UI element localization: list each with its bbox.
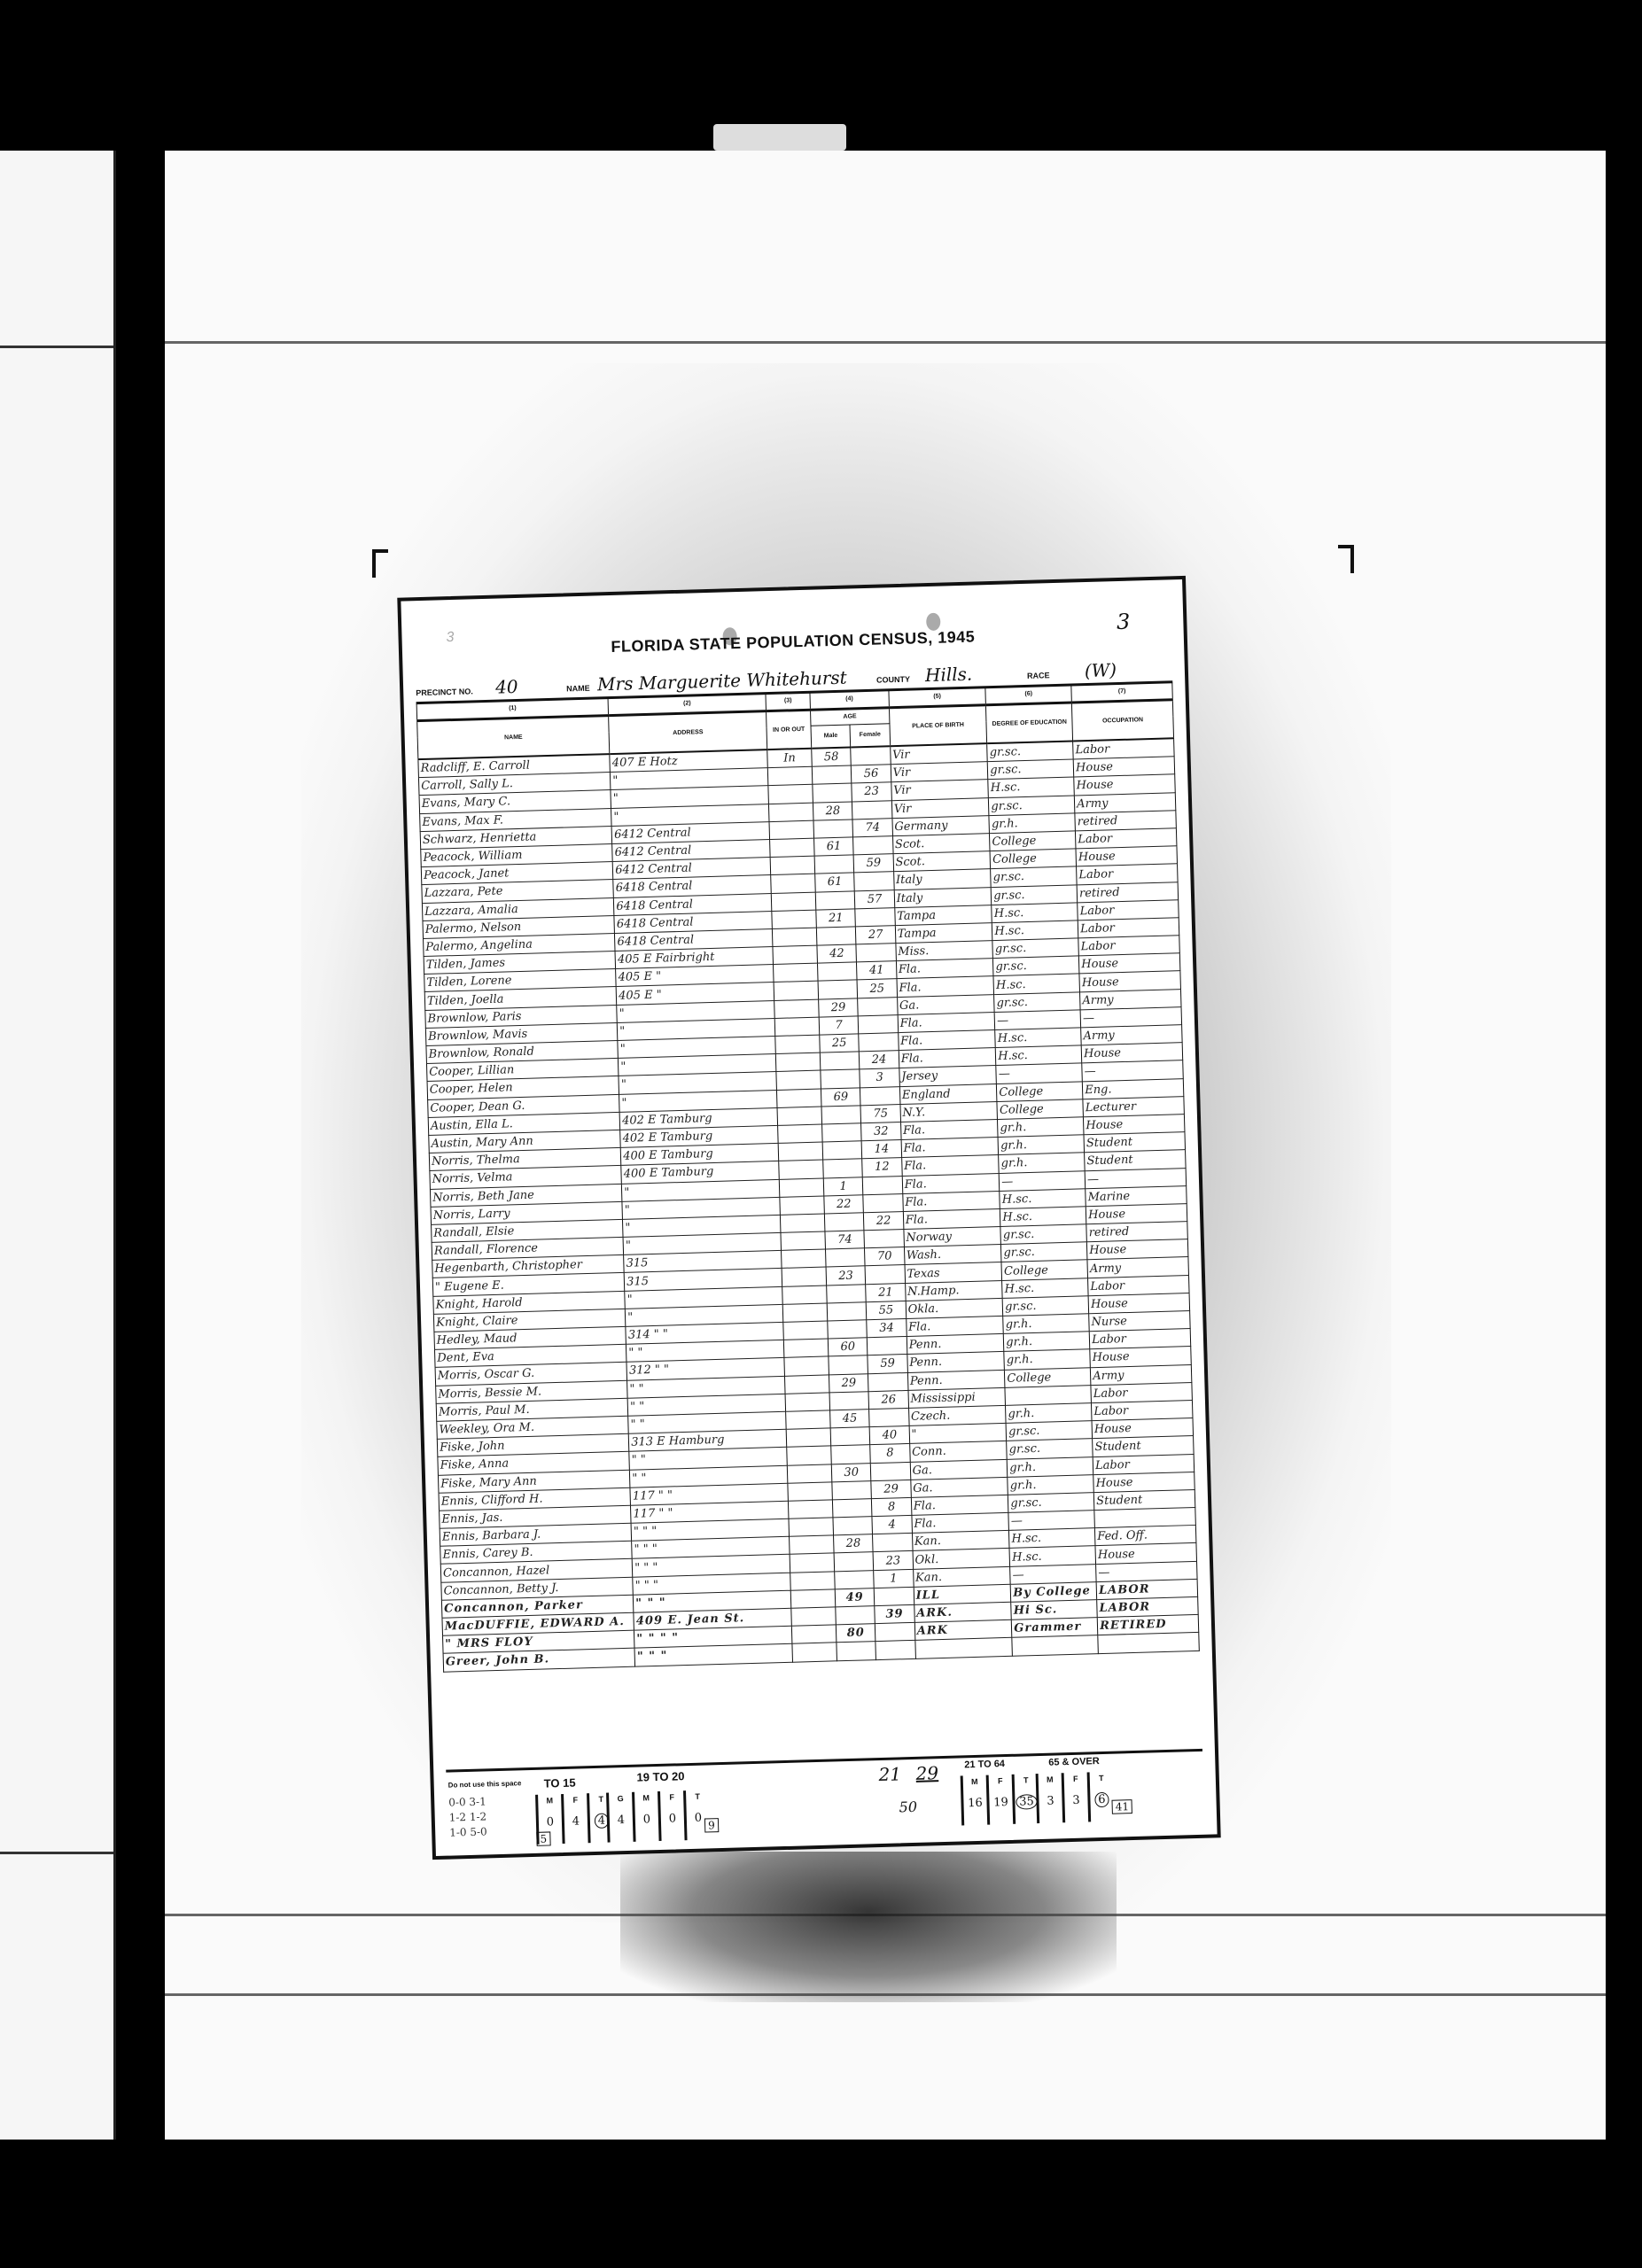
cell-age-male: 23 [826,1266,866,1285]
cell-age-male: 30 [831,1463,871,1481]
cell-in-out [790,1535,834,1555]
cell-education: gr.sc. [1001,1242,1087,1262]
cell-age-female [860,1086,900,1105]
cell-age-male [831,1445,871,1464]
cell-age-male [821,1106,861,1124]
cell-age-male: 22 [824,1194,864,1213]
cell-age-male: 28 [813,802,852,820]
col-header-female: Female [850,724,890,748]
cell-age-male: 28 [834,1534,874,1553]
census-table: (1) (2) (3) (4) (5) (6) (7) NAME ADDRESS… [416,682,1200,1672]
cell-age-female [858,997,898,1015]
cell-age-female [875,1587,914,1605]
cell-education: gr.sc. [1008,1493,1094,1513]
cell-age-male [813,783,852,802]
page-number: 3 [1117,610,1131,634]
cell-age-male [823,1159,863,1177]
group-label-19-20: 19 TO 20 [636,1769,684,1784]
precinct-label: PRECINCT NO. [416,687,473,697]
cell-education: gr.sc. [987,741,1073,761]
cell-education: College [990,831,1076,851]
cell-age-male [833,1517,873,1535]
cell-in-out [778,1142,822,1161]
cell-age-male: 69 [821,1087,860,1106]
cell-address: " " " [634,1644,792,1666]
cell-in-out [787,1464,831,1483]
cell-age-male: 42 [817,944,857,963]
cell-age-male [830,1427,870,1446]
col-header-in-out: IN OR OUT [767,710,812,750]
adjacent-page-left [0,151,116,2140]
cell-age-female: 41 [857,961,897,980]
cell-in-out [783,1321,828,1340]
cell-education: H.sc. [993,974,1079,994]
county-label: COUNTY [876,675,910,685]
col-num: (3) [766,693,810,711]
cell-education: College [1001,1260,1087,1280]
cell-education: H.sc. [992,920,1078,941]
cell-in-out [781,1214,825,1233]
cell-in-out [785,1393,829,1412]
cell-education: H.sc. [996,1045,1082,1066]
cell-education: gr.sc. [1000,1224,1086,1245]
cell-age-female [863,1176,903,1194]
enumerator-name: Mrs Marguerite Whitehurst [597,667,847,695]
binder-clip [713,124,846,151]
cell-place-of-birth [915,1638,1013,1658]
cell-age-female: 55 [867,1301,907,1319]
cell-education: Hi Sc. [1011,1600,1097,1620]
col-header-occupation: OCCUPATION [1072,700,1174,742]
cell-age-female: 22 [864,1211,904,1230]
cell-age-female: 39 [875,1604,914,1623]
cell-in-out [785,1375,829,1394]
cell-education: — [1010,1564,1096,1584]
cell-education: gr.sc. [994,991,1080,1012]
cell-age-male [814,855,854,874]
cell-age-male [813,819,853,838]
cell-education: gr.h. [1008,1474,1093,1495]
group-cells-21-64: M16 F19 T35 [961,1774,1039,1825]
cell-age-female: 21 [866,1283,906,1301]
cell-age-male [828,1320,868,1339]
box-19-20: 9 [704,1818,719,1832]
cell-education: H.sc. [1009,1546,1095,1566]
cell-education: gr.h. [1003,1314,1089,1334]
cell-education: gr.h. [989,813,1075,834]
cell-in-out [770,838,814,858]
cell-age-female [856,944,896,962]
cell-age-female: 23 [873,1551,913,1570]
cell-age-female [854,872,894,890]
cell-age-male [832,1480,872,1499]
cell-age-male [812,765,852,784]
cell-in-out [787,1446,831,1465]
cell-education: By College [1010,1581,1096,1602]
cell-education: H.sc. [992,903,1078,923]
cell-age-male: 25 [820,1034,860,1052]
corner-mark-left [372,549,388,578]
cell-education: — [994,1010,1080,1030]
cell-age-female: 75 [860,1104,900,1122]
cell-education: H.sc. [988,777,1074,797]
cell-in-out [789,1518,833,1537]
cell-in-out [783,1339,828,1358]
cell-age-female [873,1534,913,1552]
cell-in-out [774,999,819,1019]
box-to-15: 5 [536,1831,550,1845]
cell-age-female [851,746,891,765]
cell-in-out [775,1035,820,1054]
cell-in-out [779,1178,823,1198]
cell-education: gr.h. [998,1135,1084,1155]
cell-in-out [777,1107,821,1126]
cell-in-out [771,892,815,912]
cell-education: gr.h. [1004,1332,1090,1352]
cell-age-male [822,1123,862,1142]
cell-in-out [773,945,817,965]
col-header-male: Male [811,725,851,749]
cell-age-male [829,1355,868,1374]
cell-in-out [770,856,814,875]
cell-education: College [997,1081,1083,1101]
col-num: (6) [985,686,1071,705]
cell-in-out [777,1089,821,1108]
county-value: Hills. [925,664,973,686]
cell-age-male: 74 [825,1231,865,1249]
cell-age-female: 24 [860,1051,899,1069]
cell-in-out [774,1017,819,1037]
cell-in-out [767,766,812,786]
cell-age-female: 70 [865,1247,905,1266]
cell-age-female: 25 [857,979,897,998]
cell-age-female: 4 [872,1515,912,1534]
group-cells-65-over: M3 F3 T6 [1036,1772,1115,1823]
group-label-65-over: 65 & OVER [1048,1756,1100,1768]
cell-in-out [772,928,816,947]
box-65-over: 41 [1111,1799,1132,1814]
cell-age-female [875,1641,915,1659]
cell-education: gr.sc. [991,884,1077,905]
cell-in-out [772,910,816,929]
cell-education: H.sc. [1009,1528,1095,1549]
cell-age-male [835,1570,875,1588]
cell-age-female: 40 [869,1426,909,1445]
col-header-place-of-birth: PLACE OF BIRTH [889,705,987,747]
cell-in-out [781,1231,825,1251]
cell-age-male [821,1069,860,1088]
cell-age-female: 26 [868,1390,908,1409]
cell-education: gr.sc. [988,759,1074,780]
cell-in-out [782,1303,827,1323]
cell-age-male: 45 [830,1410,870,1428]
cell-age-male: 58 [812,747,852,766]
cell-age-female [853,836,893,855]
cell-in-out [774,963,818,983]
cell-in-out [782,1285,827,1305]
cell-age-male: 61 [814,837,854,856]
cell-age-male [827,1284,867,1302]
race-label: RACE [1027,671,1050,680]
cell-age-male [829,1391,869,1410]
cell-in-out [780,1196,824,1216]
cell-in-out [776,1070,821,1090]
cell-education: gr.sc. [1002,1296,1088,1317]
cell-in-out [792,1643,837,1662]
cell-age-female [875,1623,915,1642]
cell-age-female: 23 [852,782,891,801]
cell-age-female [863,1193,903,1212]
cell-education: H.sc. [1002,1278,1088,1298]
cell-age-female [852,800,892,819]
cell-education: gr.sc. [1006,1421,1092,1441]
cell-education: gr.h. [999,1153,1085,1173]
cell-age-female: 8 [872,1497,912,1516]
cell-age-male [824,1213,864,1231]
cell-age-female: 56 [852,765,891,783]
cell-in-out [790,1589,835,1609]
cell-age-male [832,1499,872,1518]
cell-age-female: 29 [871,1480,911,1498]
cell-in-out [782,1249,826,1269]
cell-occupation [1098,1633,1199,1653]
cell-age-male: 7 [819,1016,859,1035]
cell-age-male: 29 [829,1373,868,1392]
cell-age-male [834,1552,874,1571]
do-not-use-label: Do not use this space [448,1779,522,1789]
total-female: 29 [915,1762,938,1784]
cell-age-male: 61 [815,873,855,891]
cell-age-female [868,1372,908,1391]
cell-education: — [999,1170,1085,1191]
cell-age-male [815,890,855,909]
cell-age-male [820,1052,860,1070]
census-form: 3 FLORIDA STATE POPULATION CENSUS, 1945 … [397,576,1220,1860]
cell-education: gr.sc. [991,866,1077,887]
cell-in-out [791,1607,836,1627]
cell-in-out [786,1410,830,1430]
cell-in-out [779,1160,823,1179]
cell-in-out [774,982,818,1001]
group-label-21-64: 21 TO 64 [964,1759,1005,1770]
census-table-wrap: (1) (2) (3) (4) (5) (6) (7) NAME ADDRESS… [416,682,1202,1770]
tally-codes: 0-0 3-1 1-2 1-2 1-0 5-0 [448,1794,487,1840]
cell-education: Grammer [1012,1618,1098,1638]
cell-age-male [822,1141,862,1160]
cell-age-female: 34 [867,1318,907,1337]
cell-education: College [1005,1367,1091,1387]
cell-education: H.sc. [1000,1188,1086,1208]
cell-education: H.sc. [1000,1207,1086,1227]
cell-age-male [827,1302,867,1321]
cell-age-male: 21 [816,909,856,928]
cell-age-female: 74 [852,818,892,836]
cell-age-female: 32 [861,1122,901,1141]
group-label-to-15: TO 15 [544,1776,576,1790]
cell-age-male: 60 [828,1338,868,1356]
cell-education: gr.h. [1007,1456,1093,1477]
col-header-address: ADDRESS [609,711,767,754]
cell-in-out [769,820,813,840]
cell-in-out [784,1356,829,1376]
cell-age-female [871,1462,911,1480]
cell-in-out [791,1625,836,1644]
cell-in-out [771,874,815,893]
precinct-value: 40 [495,676,518,698]
cell-in-out [790,1553,834,1573]
cell-age-male [837,1642,876,1660]
cell-age-female [855,907,895,926]
cell-age-female: 59 [868,1355,907,1373]
scan-shadow-dark [620,1852,1117,2002]
cell-age-male [816,927,856,945]
cell-age-female [859,1014,899,1033]
corner-mark-right [1338,545,1354,573]
cell-age-male: 49 [835,1588,875,1606]
cell-age-female: 3 [860,1068,899,1087]
cell-in-out [788,1482,832,1502]
cell-in-out [775,1052,820,1072]
cell-age-female: 59 [853,854,893,873]
cell-in-out [790,1571,835,1590]
cell-education: gr.sc. [993,956,1079,976]
cell-in-out [782,1267,826,1286]
cell-age-female [859,1033,899,1052]
cell-age-male [826,1248,866,1267]
cell-age-female: 27 [856,926,896,944]
cell-age-male [818,962,858,981]
cell-age-male [818,980,858,998]
cell-age-female: 8 [870,1444,910,1463]
cell-in-out [778,1124,822,1144]
col-header-name: NAME [417,716,610,760]
cell-education: gr.sc. [1007,1439,1093,1459]
cell-in-out [786,1428,830,1448]
cell-age-female [864,1230,904,1248]
cell-age-female [869,1408,909,1426]
cell-education: College [997,1099,1083,1120]
cell-age-female: 12 [862,1158,902,1177]
cell-age-male: 1 [823,1177,863,1195]
cell-in-out [768,785,813,804]
total-male: 21 [878,1763,901,1785]
cell-age-male: 29 [819,998,859,1016]
cell-education: — [996,1063,1082,1084]
cell-education: H.sc. [995,1028,1081,1048]
cell-education: gr.sc. [989,796,1075,816]
cell-age-female: 1 [874,1569,914,1588]
right-edge-strip [1606,151,1632,2140]
total-sum: 50 [899,1798,917,1816]
race-value: (W) [1085,659,1117,681]
cell-in-out: In [767,749,812,768]
col-num: (4) [810,690,889,710]
cell-education: — [1008,1511,1094,1531]
cell-age-male [836,1606,875,1625]
cell-in-out [769,803,813,822]
cell-education: gr.h. [1006,1403,1092,1424]
cell-in-out [789,1500,833,1519]
enumerator-label: NAME [566,684,590,694]
cell-age-female: 57 [855,889,895,908]
group-cells-19-20: G4 M0 F0 T0 [606,1790,711,1842]
cell-education: gr.sc. [992,938,1078,959]
cell-age-female [865,1265,905,1284]
cell-education: gr.h. [1004,1349,1090,1370]
cell-education: gr.h. [998,1117,1084,1138]
col-header-education: DEGREE OF EDUCATION [986,703,1073,743]
cell-education [1005,1385,1091,1405]
cell-education: College [990,849,1076,869]
cell-age-female: 14 [861,1140,901,1159]
cell-age-male: 80 [836,1624,875,1643]
cell-education [1012,1635,1098,1656]
cell-age-female [868,1337,907,1355]
